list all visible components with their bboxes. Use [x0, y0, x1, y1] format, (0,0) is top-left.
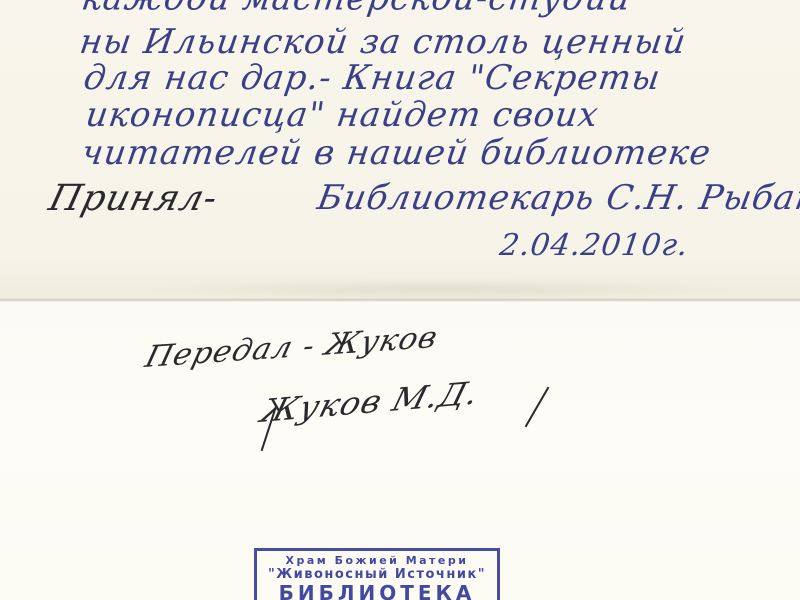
- library-stamp: Храм Божией Матери "Живоносный Источник"…: [254, 548, 500, 600]
- letter-line-4: иконописца" найдет своих: [83, 95, 601, 135]
- letter-line-1: каждой мастерской-студии: [79, 0, 634, 19]
- letter-line-2: ны Ильинской за столь ценный: [77, 22, 689, 62]
- letter-line-5: читателей в нашей библиотеке: [79, 133, 714, 173]
- letter-line-3: для нас дар.- Книга "Секреты: [81, 58, 663, 98]
- paper-fold-line: [0, 298, 800, 302]
- accepted-label: Принял-: [45, 178, 222, 219]
- letter-date: 2.04.2010г.: [498, 228, 691, 263]
- stamp-line-name: "Живоносный Источник": [257, 568, 497, 581]
- librarian-signature: Библиотекарь С.Н. Рыбакова: [314, 178, 800, 218]
- fold-shadow: [120, 278, 760, 300]
- stamp-line-church: Храм Божией Матери: [257, 555, 497, 566]
- stamp-line-library: БИБЛИОТЕКА: [257, 583, 497, 600]
